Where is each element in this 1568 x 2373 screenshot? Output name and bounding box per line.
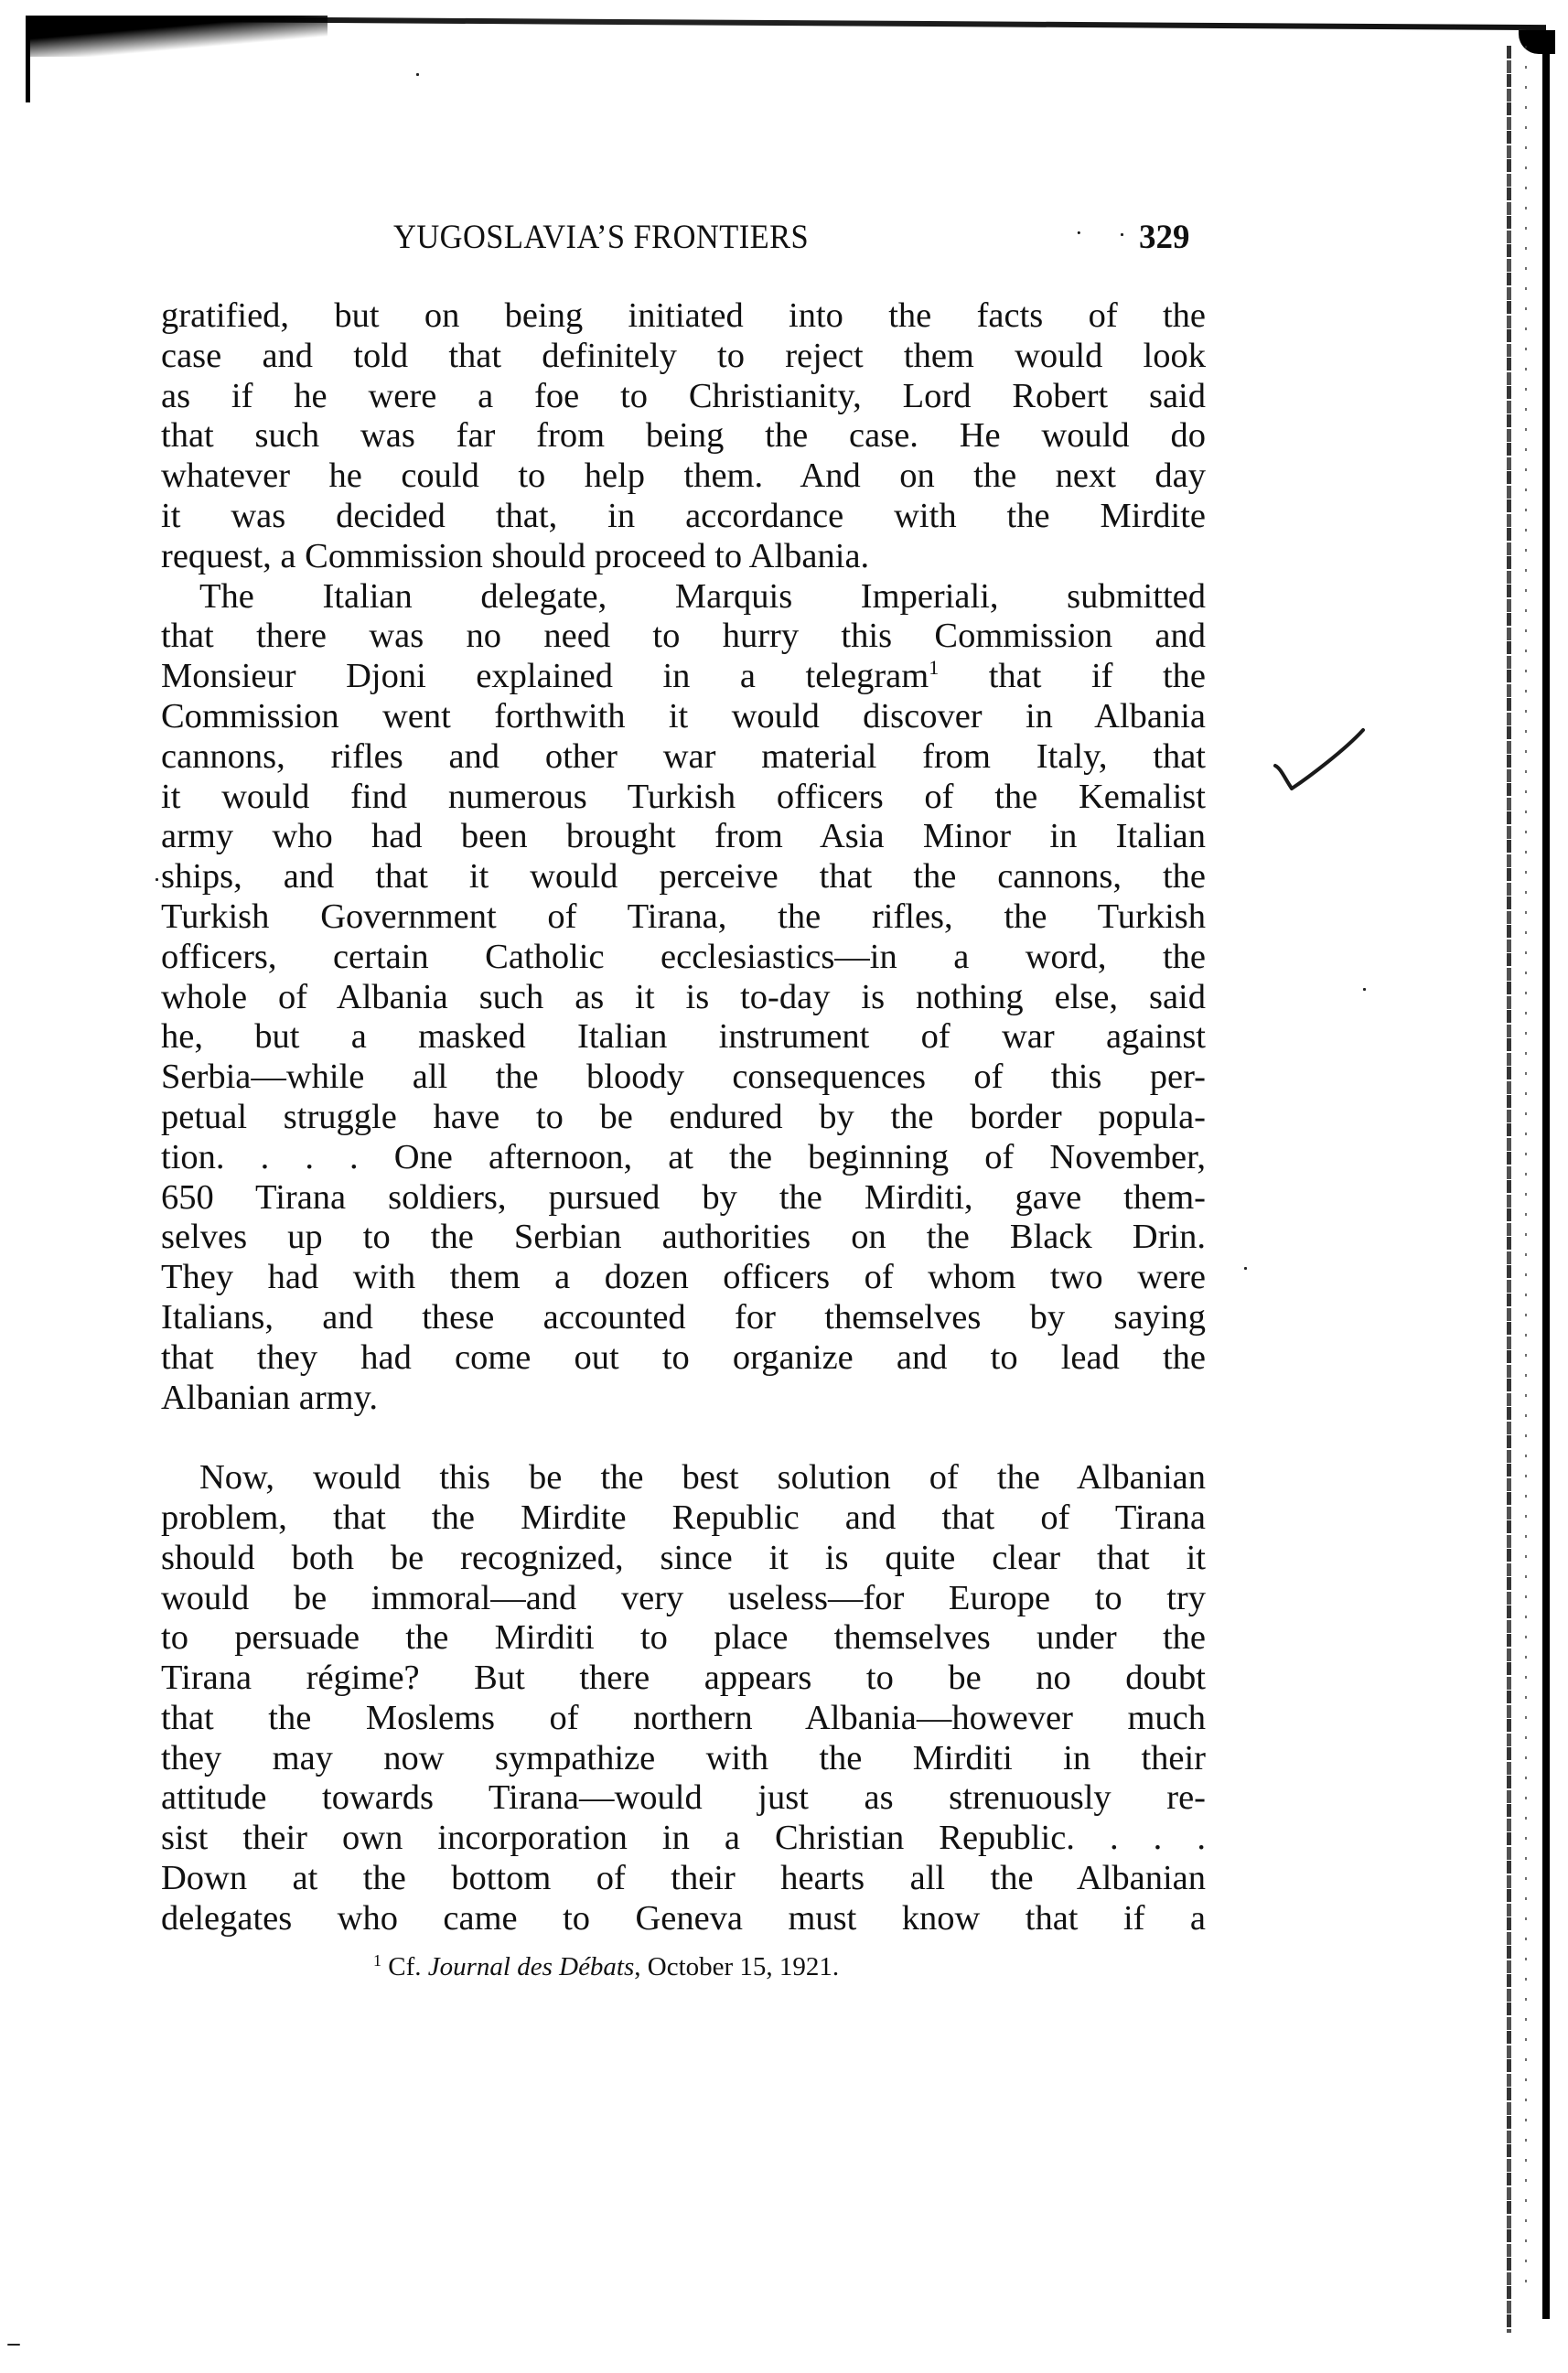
footnote: 1 Cf. Journal des Débats, October 15, 19… [373, 1952, 839, 1982]
text-line: Turkish Government of Tirana, the rifles… [161, 897, 1206, 938]
text-line: whatever he could to help them. And on t… [161, 456, 1206, 497]
text-line: gratified, but on being initiated into t… [161, 296, 1206, 337]
text-line: that they had come out to organize and t… [161, 1338, 1206, 1379]
footnote-reference[interactable]: 1 [929, 656, 939, 679]
text-line: 650 Tirana soldiers, pursued by the Mird… [161, 1178, 1206, 1219]
running-head-separator: · [1075, 220, 1083, 247]
scan-speck [1363, 988, 1366, 991]
text-line: Italians, and these accounted for themse… [161, 1298, 1206, 1338]
footnote-marker: 1 [373, 1951, 381, 1970]
scan-speck [1121, 233, 1123, 236]
body-text: gratified, but on being initiated into t… [161, 296, 1206, 1939]
footnote-source: Journal des Débats [428, 1952, 635, 1981]
text-fragment: Monsieur Djoni explained in a telegram [161, 657, 929, 695]
text-line: petual struggle have to be endured by th… [161, 1098, 1206, 1138]
text-line: attitude towards Tirana—would just as st… [161, 1778, 1206, 1819]
text-line: that the Moslems of northern Albania—how… [161, 1699, 1206, 1739]
check-mark-icon [1272, 723, 1391, 805]
scan-speck [416, 73, 419, 76]
page-number: 329 [1139, 218, 1190, 257]
text-line: whole of Albania such as it is to-day is… [161, 978, 1206, 1018]
text-line: Tirana régime? But there appears to be n… [161, 1659, 1206, 1699]
text-line: officers, certain Catholic ecclesiastics… [161, 938, 1206, 978]
text-line: Now, would this be the best solution of … [161, 1458, 1206, 1498]
page-left-edge [26, 16, 30, 102]
text-line: sist their own incorporation in a Christ… [161, 1819, 1206, 1859]
text-line: problem, that the Mirdite Republic and t… [161, 1498, 1206, 1539]
text-line: it would find numerous Turkish officers … [161, 778, 1206, 818]
binding-gutter-outer [1542, 50, 1550, 2319]
book-page: YUGOSLAVIA’S FRONTIERS · 329 gratified, … [0, 0, 1568, 2373]
text-line: Serbia—while all the bloody consequences… [161, 1058, 1206, 1098]
text-line: case and told that definitely to reject … [161, 337, 1206, 377]
running-head: YUGOSLAVIA’S FRONTIERS · 329 [393, 218, 1208, 258]
text-line: The Italian delegate, Marquis Imperiali,… [161, 577, 1206, 617]
binding-gutter-texture [1525, 46, 1527, 2287]
text-fragment: that if the [989, 657, 1206, 695]
text-line: should both be recognized, since it is q… [161, 1539, 1206, 1579]
text-line: cannons, rifles and other war material f… [161, 737, 1206, 778]
footnote-date: , October 15, 1921. [634, 1952, 839, 1981]
page-corner-shadow [26, 16, 328, 57]
text-line: he, but a masked Italian instrument of w… [161, 1017, 1206, 1058]
text-line: would be immoral—and very useless—for Eu… [161, 1579, 1206, 1619]
text-line: to persuade the Mirditi to place themsel… [161, 1618, 1206, 1659]
text-line: Albanian army. [161, 1379, 1206, 1419]
text-line: they may now sympathize with the Mirditi… [161, 1739, 1206, 1779]
text-line: Down at the bottom of their hearts all t… [161, 1859, 1206, 1899]
running-head-title: YUGOSLAVIA’S FRONTIERS [393, 218, 809, 257]
scan-speck [1244, 1267, 1247, 1270]
text-line: selves up to the Serbian authorities on … [161, 1218, 1206, 1258]
scan-speck [7, 2344, 20, 2346]
text-line: ships, and that it would perceive that t… [161, 857, 1206, 897]
text-line: it was decided that, in accordance with … [161, 497, 1206, 537]
text-line: Commission went forthwith it would disco… [161, 697, 1206, 737]
page-top-right-corner [1519, 30, 1555, 54]
scan-speck [156, 878, 158, 881]
text-line: They had with them a dozen officers of w… [161, 1258, 1206, 1298]
text-line: army who had been brought from Asia Mino… [161, 817, 1206, 857]
text-line: that there was no need to hurry this Com… [161, 617, 1206, 657]
text-line: that such was far from being the case. H… [161, 416, 1206, 456]
text-line-with-footnote: Monsieur Djoni explained in a telegram1 … [161, 657, 1206, 697]
text-line: tion. . . . One afternoon, at the beginn… [161, 1138, 1206, 1178]
text-line: as if he were a foe to Christianity, Lor… [161, 377, 1206, 417]
binding-gutter-inner [1507, 46, 1511, 2333]
paragraph-gap [161, 1418, 1206, 1458]
footnote-prefix: Cf. [388, 1952, 421, 1981]
text-line: request, a Commission should proceed to … [161, 537, 1206, 577]
text-line: delegates who came to Geneva must know t… [161, 1899, 1206, 1939]
